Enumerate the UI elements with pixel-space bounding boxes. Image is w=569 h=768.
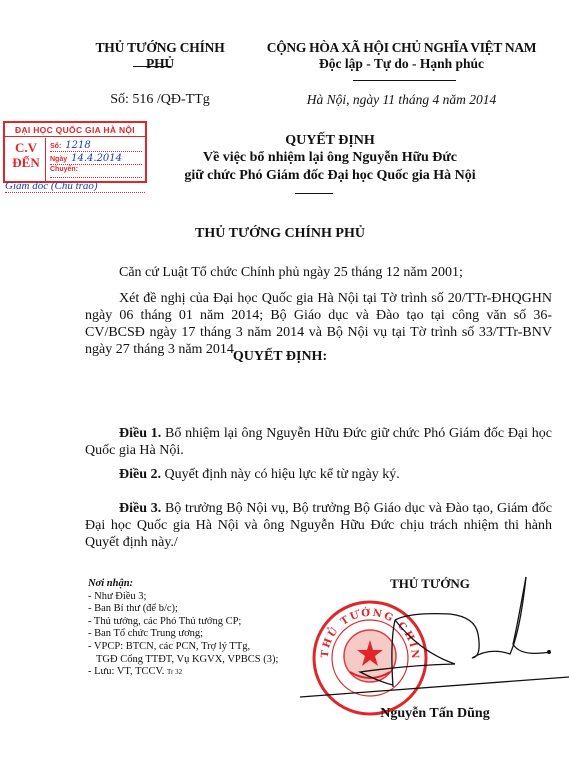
place-date: Hà Nội, ngày 11 tháng 4 năm 2014 [244, 92, 559, 108]
reception-stamp: ĐẠI HỌC QUỐC GIA HÀ NỘI C.V ĐẾN Số:1218 … [3, 121, 147, 183]
recipient-item: - Thủ tướng, các Phó Thủ tướng CP; [88, 616, 318, 629]
archive-mark: Tr 32 [167, 668, 182, 676]
stamp-cv-den: C.V ĐẾN [9, 140, 43, 170]
stamp-den-label: ĐẾN [9, 155, 43, 170]
decide-heading: QUYẾT ĐỊNH: [70, 349, 490, 365]
stamp-handwritten-note: Giám đốc (Chủ trao) [5, 180, 145, 193]
recipient-item: - Như Điều 3; [88, 591, 318, 604]
signer-name: Nguyễn Tấn Dũng [355, 706, 515, 722]
stamp-divider [45, 138, 46, 181]
preamble-proposal: Xét đề nghị của Đại học Quốc gia Hà Nội … [85, 290, 552, 358]
article-2: Điều 2. Quyết định này có hiệu lực kể từ… [85, 466, 552, 483]
stamp-organization: ĐẠI HỌC QUỐC GIA HÀ NỘI [5, 124, 145, 137]
article-1-label: Điều 1. [119, 426, 161, 441]
recipient-item: - Ban Bí thư (để b/c); [88, 603, 318, 616]
stamp-ngay-label: Ngày [50, 156, 67, 163]
recipient-item-archive: - Lưu: VT, TCCV. Tr 32 [88, 666, 318, 679]
recipient-archive-text: - Lưu: VT, TCCV. [88, 666, 164, 677]
doc-number-suffix: /QĐ-TTg [157, 92, 210, 107]
article-1: Điều 1. Bổ nhiệm lại ông Nguyễn Hữu Đức … [85, 425, 552, 459]
issuer-name: THỦ TƯỚNG CHÍNH PHỦ [85, 40, 235, 72]
article-3-label: Điều 3. [119, 501, 161, 516]
article-2-label: Điều 2. [119, 467, 161, 482]
decision-subject-line-1: Về việc bổ nhiệm lại ông Nguyễn Hữu Đức [150, 150, 510, 166]
decision-title: QUYẾT ĐỊNH [180, 133, 480, 149]
stamp-ngay-value: 14.4.2014 [71, 153, 122, 164]
stamp-chuyen-label: Chuyển: [50, 166, 78, 173]
stamp-so-label: Số: [50, 143, 61, 150]
recipients-heading: Nơi nhận: [88, 578, 318, 591]
article-2-text: Quyết định này có hiệu lực kể từ ngày ký… [161, 467, 400, 482]
issuer-underline [133, 66, 171, 67]
motto-underline [353, 80, 456, 81]
authority-heading: THỦ TƯỚNG CHÍNH PHỦ [70, 226, 490, 242]
doc-number-label: Số: [110, 92, 129, 107]
preamble-legal-basis: Căn cứ Luật Tổ chức Chính phủ ngày 25 th… [85, 264, 552, 281]
stamp-row-chuyen: Chuyển: [50, 166, 142, 178]
recipient-item: - Ban Tổ chức Trung ương; [88, 628, 318, 641]
recipient-item: - VPCP: BTCN, các PCN, Trợ lý TTg, [88, 641, 318, 654]
stamp-so-value: 1218 [65, 140, 90, 151]
recipients-list: Nơi nhận: - Như Điều 3; - Ban Bí thư (để… [88, 578, 318, 679]
stamp-row-ngay: Ngày14.4.2014 [50, 153, 142, 165]
decision-subject-line-2: giữ chức Phó Giám đốc Đại học Quốc gia H… [140, 168, 520, 184]
article-3: Điều 3. Bộ trưởng Bộ Nội vụ, Bộ trưởng B… [85, 500, 552, 551]
handwritten-signature-icon [300, 572, 569, 707]
title-underline [295, 193, 333, 194]
recipient-item: TGĐ Cổng TTĐT, Vụ KGVX, VPBCS (3); [88, 654, 318, 667]
national-motto: Độc lập - Tự do - Hạnh phúc [244, 56, 559, 72]
doc-number-value: 516 [132, 92, 153, 107]
stamp-cv-label: C.V [9, 140, 43, 155]
document-number: Số: 516 /QĐ-TTg [85, 92, 235, 108]
stamp-row-so: Số:1218 [50, 140, 142, 152]
national-title: CỘNG HÒA XÃ HỘI CHỦ NGHĨA VIỆT NAM [244, 40, 559, 56]
